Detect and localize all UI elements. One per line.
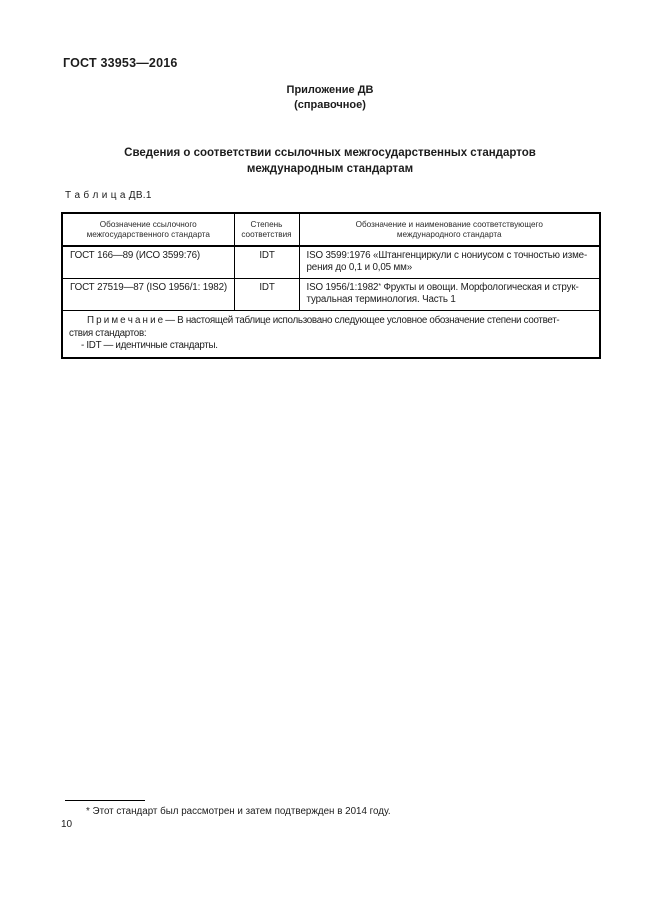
footnote-separator [65, 800, 145, 801]
cell-reference-standard: ГОСТ 166—89 (ИСО 3599:76) [62, 246, 234, 279]
cell-degree: IDT [234, 246, 299, 279]
note-line: ствия стандартов: [69, 328, 591, 341]
document-page: ГОСТ 33953—2016 Приложение ДВ (справочно… [0, 0, 646, 913]
appendix-label: Приложение ДВ [61, 83, 599, 98]
appendix-heading: Приложение ДВ (справочное) [61, 83, 599, 113]
footnote-mark: * [378, 283, 381, 290]
col-header-degree: Степень соответствия [234, 213, 299, 246]
correspondence-table: Обозначение ссылочного межгосударственно… [61, 212, 601, 359]
appendix-type: (справочное) [61, 98, 599, 113]
table-row: ГОСТ 27519—87 (ISO 1956/1: 1982) IDT ISO… [62, 279, 600, 311]
col-header-international-standard: Обозначение и наименование соответствующ… [299, 213, 600, 246]
cell-reference-standard: ГОСТ 27519—87 (ISO 1956/1: 1982) [62, 279, 234, 311]
table-note-cell: П р и м е ч а н и е — В настоящей таблиц… [62, 311, 600, 358]
table-header-row: Обозначение ссылочного межгосударственно… [62, 213, 600, 246]
note-line: - IDT — идентичные стандарты. [69, 340, 591, 353]
footnote-text: * Этот стандарт был рассмотрен и затем п… [86, 806, 391, 817]
standard-number: ГОСТ 33953—2016 [63, 56, 178, 70]
cell-international-standard: ISO 3599:1976 «Штангенциркули с нониусом… [299, 246, 600, 279]
section-title: Сведения о соответствии ссылочных межгос… [61, 145, 599, 177]
table-caption: Т а б л и ц а ДВ.1 [65, 190, 152, 201]
note-line: П р и м е ч а н и е — В настоящей таблиц… [69, 315, 591, 328]
col-header-reference-standard: Обозначение ссылочного межгосударственно… [62, 213, 234, 246]
international-code: ISO 1956/1:1982 [307, 282, 379, 293]
table-note-row: П р и м е ч а н и е — В настоящей таблиц… [62, 311, 600, 358]
table-row: ГОСТ 166—89 (ИСО 3599:76) IDT ISO 3599:1… [62, 246, 600, 279]
cell-international-standard: ISO 1956/1:1982* Фрукты и овощи. Морфоло… [299, 279, 600, 311]
cell-degree: IDT [234, 279, 299, 311]
page-number: 10 [61, 819, 72, 830]
